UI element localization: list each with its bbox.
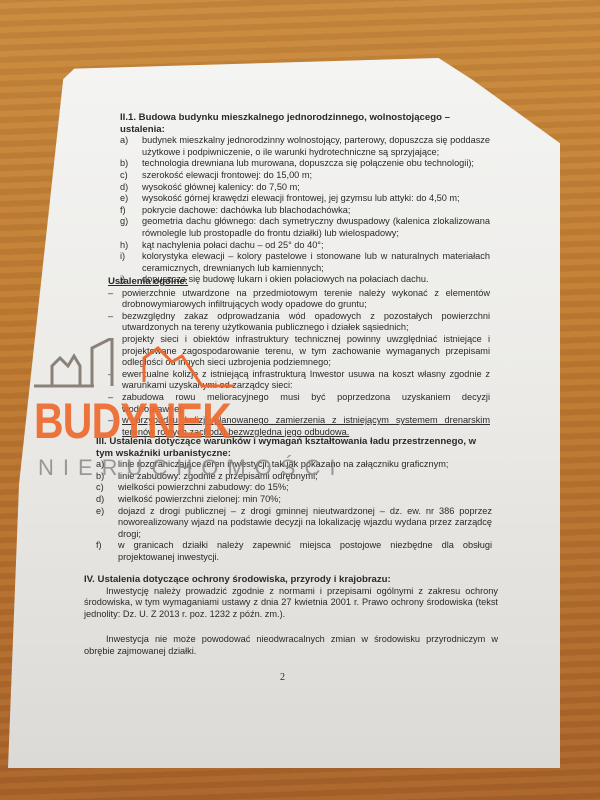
- list-item: –bezwzględny zakaz odprowadzania wód opa…: [108, 311, 490, 334]
- list-item: c)szerokość elewacji frontowej: do 15,00…: [120, 170, 490, 182]
- general-heading: Ustalenia ogólne:: [108, 276, 490, 288]
- list-item: i)kolorystyka elewacji – kolory pastelow…: [120, 251, 490, 274]
- list-item: h)kąt nachylenia połaci dachu – od 25° d…: [120, 240, 490, 252]
- watermark-brand: BUDYNEK: [34, 392, 231, 450]
- section-iv: IV. Ustalenia dotyczące ochrony środowis…: [84, 574, 498, 658]
- list-item-marker: d): [120, 182, 142, 194]
- list-item-marker: –: [108, 311, 122, 334]
- list-item: e)wysokość górnej krawędzi elewacji fron…: [120, 193, 490, 205]
- list-item: f)w granicach działki należy zapewnić mi…: [96, 540, 492, 563]
- list-item-text: bezwzględny zakaz odprowadzania wód opad…: [122, 311, 490, 334]
- section-iv-heading: IV. Ustalenia dotyczące ochrony środowis…: [84, 574, 498, 586]
- list-item-marker: –: [108, 334, 122, 369]
- list-item-text: w granicach działki należy zapewnić miej…: [118, 540, 492, 563]
- list-item-marker: e): [120, 193, 142, 205]
- list-item-marker: f): [96, 540, 118, 563]
- list-item: d)wysokość głównej kalenicy: do 7,50 m;: [120, 182, 490, 194]
- section-iv-paragraph-1: Inwestycję należy prowadzić zgodnie z no…: [84, 586, 498, 621]
- list-item-text: szerokość elewacji frontowej: do 15,00 m…: [142, 170, 490, 182]
- list-item-text: kąt nachylenia połaci dachu – od 25° do …: [142, 240, 490, 252]
- list-item-text: dojazd z drogi publicznej – z drogi gmin…: [118, 506, 492, 541]
- list-item-text: powierzchnie utwardzone na przedmiotowym…: [122, 288, 490, 311]
- list-item: –powierzchnie utwardzone na przedmiotowy…: [108, 288, 490, 311]
- list-item-marker: f): [120, 205, 142, 217]
- list-item-text: wielkości powierzchni zabudowy: do 15%;: [118, 482, 492, 494]
- list-item-marker: h): [120, 240, 142, 252]
- list-item-text: technologia drewniana lub murowana, dopu…: [142, 158, 490, 170]
- section-ii1-heading: II.1. Budowa budynku mieszkalnego jednor…: [120, 112, 490, 135]
- list-item: f)pokrycie dachowe: dachówka lub blachod…: [120, 205, 490, 217]
- list-item-marker: g): [120, 216, 142, 239]
- list-item: b)technologia drewniana lub murowana, do…: [120, 158, 490, 170]
- list-item: a)budynek mieszkalny jednorodzinny wolno…: [120, 135, 490, 158]
- list-item-marker: –: [108, 288, 122, 311]
- list-item-text: geometria dachu głównego: dach symetrycz…: [142, 216, 490, 239]
- page-number: 2: [280, 672, 285, 684]
- list-item: c)wielkości powierzchni zabudowy: do 15%…: [96, 482, 492, 494]
- list-item-text: budynek mieszkalny jednorodzinny wolnost…: [142, 135, 490, 158]
- list-item: –projekty sieci i obiektów infrastruktur…: [108, 334, 490, 369]
- section-ii1-list: a)budynek mieszkalny jednorodzinny wolno…: [120, 135, 490, 286]
- list-item: g)geometria dachu głównego: dach symetry…: [120, 216, 490, 239]
- list-item: d)wielkość powierzchni zielonej: min 70%…: [96, 494, 492, 506]
- list-item-marker: d): [96, 494, 118, 506]
- list-item-marker: i): [120, 251, 142, 274]
- list-item-text: pokrycie dachowe: dachówka lub blachodac…: [142, 205, 490, 217]
- list-item-text: wysokość górnej krawędzi elewacji fronto…: [142, 193, 490, 205]
- list-item: e)dojazd z drogi publicznej – z drogi gm…: [96, 506, 492, 541]
- list-item-marker: c): [96, 482, 118, 494]
- list-item-marker: a): [120, 135, 142, 158]
- list-item-marker: b): [120, 158, 142, 170]
- list-item-text: wielkość powierzchni zielonej: min 70%;: [118, 494, 492, 506]
- list-item-text: wysokość głównej kalenicy: do 7,50 m;: [142, 182, 490, 194]
- list-item-text: ewentualne kolizje z istniejącą infrastr…: [122, 369, 490, 392]
- section-ii1: II.1. Budowa budynku mieszkalnego jednor…: [120, 112, 490, 286]
- watermark-subtitle: NIERUCHOMOŚCI: [38, 455, 344, 481]
- list-item-text: kolorystyka elewacji – kolory pastelowe …: [142, 251, 490, 274]
- list-item-text: projekty sieci i obiektów infrastruktury…: [122, 334, 490, 369]
- list-item-marker: e): [96, 506, 118, 541]
- section-iv-paragraph-2: Inwestycja nie może powodować nieodwraca…: [84, 634, 498, 657]
- list-item-marker: –: [108, 369, 122, 392]
- list-item-marker: c): [120, 170, 142, 182]
- list-item: –ewentualne kolizje z istniejącą infrast…: [108, 369, 490, 392]
